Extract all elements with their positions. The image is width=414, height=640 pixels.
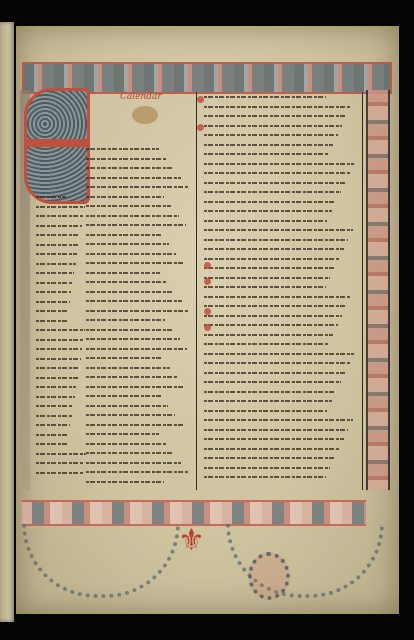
text-line [204,391,336,393]
text-line [36,396,75,398]
text-line [86,234,162,236]
text-line [204,239,348,241]
text-line [36,462,84,464]
text-line [86,291,174,293]
text-line [36,206,85,208]
text-line [86,215,179,217]
text-line [36,225,82,227]
text-line [86,405,168,407]
text-line [86,319,165,321]
right-text-column [204,96,356,486]
text-line [86,376,178,378]
text-line [86,281,167,283]
text-line [86,433,159,435]
text-line [36,405,73,407]
text-line [204,191,341,193]
text-line [204,182,345,184]
text-line [204,438,344,440]
text-line [36,339,84,341]
text-line [86,481,164,483]
text-line [204,296,351,298]
text-line [86,386,185,388]
paragraph-mark [204,324,211,331]
text-line [86,329,172,331]
paragraph-mark [204,262,211,269]
text-line [204,220,327,222]
text-line [204,467,330,469]
text-line [86,367,170,369]
text-line [36,234,80,236]
text-line [36,434,69,436]
fleur-de-lis-icon: ⚜ [178,526,205,556]
paragraph-mark [204,308,211,315]
paragraph-mark [197,124,204,131]
text-line [36,472,83,474]
text-line [86,471,188,473]
text-line [86,395,161,397]
text-line [204,315,342,317]
text-line [86,357,163,359]
text-line [36,386,76,388]
left-text-column [86,148,190,490]
text-line [86,424,183,426]
left-text-column-lower [36,196,86,481]
text-line [36,301,70,303]
text-line [36,329,85,331]
text-line [36,196,66,198]
text-line [204,144,333,146]
text-line [204,362,350,364]
text-line [204,106,351,108]
parchment-stain [132,106,158,124]
column-divider [196,92,197,490]
text-line [204,96,326,98]
text-line [36,215,83,217]
text-line [204,248,344,250]
text-line [36,358,81,360]
text-line [204,381,341,383]
text-line [36,310,68,312]
text-line [204,229,353,231]
text-line [36,291,71,293]
text-line [204,277,330,279]
text-line [86,177,181,179]
text-line [86,300,182,302]
text-line [36,320,67,322]
text-line [86,224,186,226]
text-line [36,348,82,350]
text-line [86,348,187,350]
text-line [204,210,332,212]
text-line [86,243,169,245]
text-line [204,353,354,355]
text-line [36,253,77,255]
text-line [36,415,72,417]
text-line [204,258,339,260]
text-line [204,372,345,374]
medallion-ornament [248,552,290,600]
text-line [204,419,353,421]
text-line [86,262,184,264]
text-line [204,172,350,174]
text-line [36,244,79,246]
text-line [86,167,173,169]
text-line [36,453,86,455]
text-line [86,148,159,150]
text-line [36,424,70,426]
text-line [36,367,79,369]
text-line [36,282,73,284]
text-line [86,452,173,454]
text-line [204,429,348,431]
text-line [204,457,335,459]
text-line [204,125,342,127]
text-line [204,476,326,478]
text-line [86,186,188,188]
text-line [204,153,329,155]
text-line [204,286,326,288]
text-line [86,205,171,207]
text-line [86,158,166,160]
text-line [204,115,347,117]
text-line [204,448,339,450]
text-line [36,377,78,379]
text-line [36,443,67,445]
text-line [86,253,176,255]
paragraph-mark [197,96,204,103]
text-line [86,272,160,274]
paragraph-mark [204,278,211,285]
text-line [204,305,347,307]
text-line [36,272,74,274]
right-ruling [362,92,363,490]
text-line [204,324,338,326]
text-line [204,343,329,345]
text-line [204,400,332,402]
text-line [86,310,189,312]
text-line [204,134,338,136]
text-line [86,414,175,416]
text-line [204,267,335,269]
text-line [204,201,336,203]
facing-page-edge [0,22,14,622]
text-line [204,163,354,165]
heading-rubric: Calendar [120,92,162,102]
text-line [204,334,333,336]
text-line [36,263,76,265]
text-line [86,462,181,464]
text-line [86,338,180,340]
text-line [86,443,166,445]
illuminated-initial [24,88,90,204]
text-line [204,410,327,412]
text-line [86,196,164,198]
right-ornamental-border [366,90,390,490]
